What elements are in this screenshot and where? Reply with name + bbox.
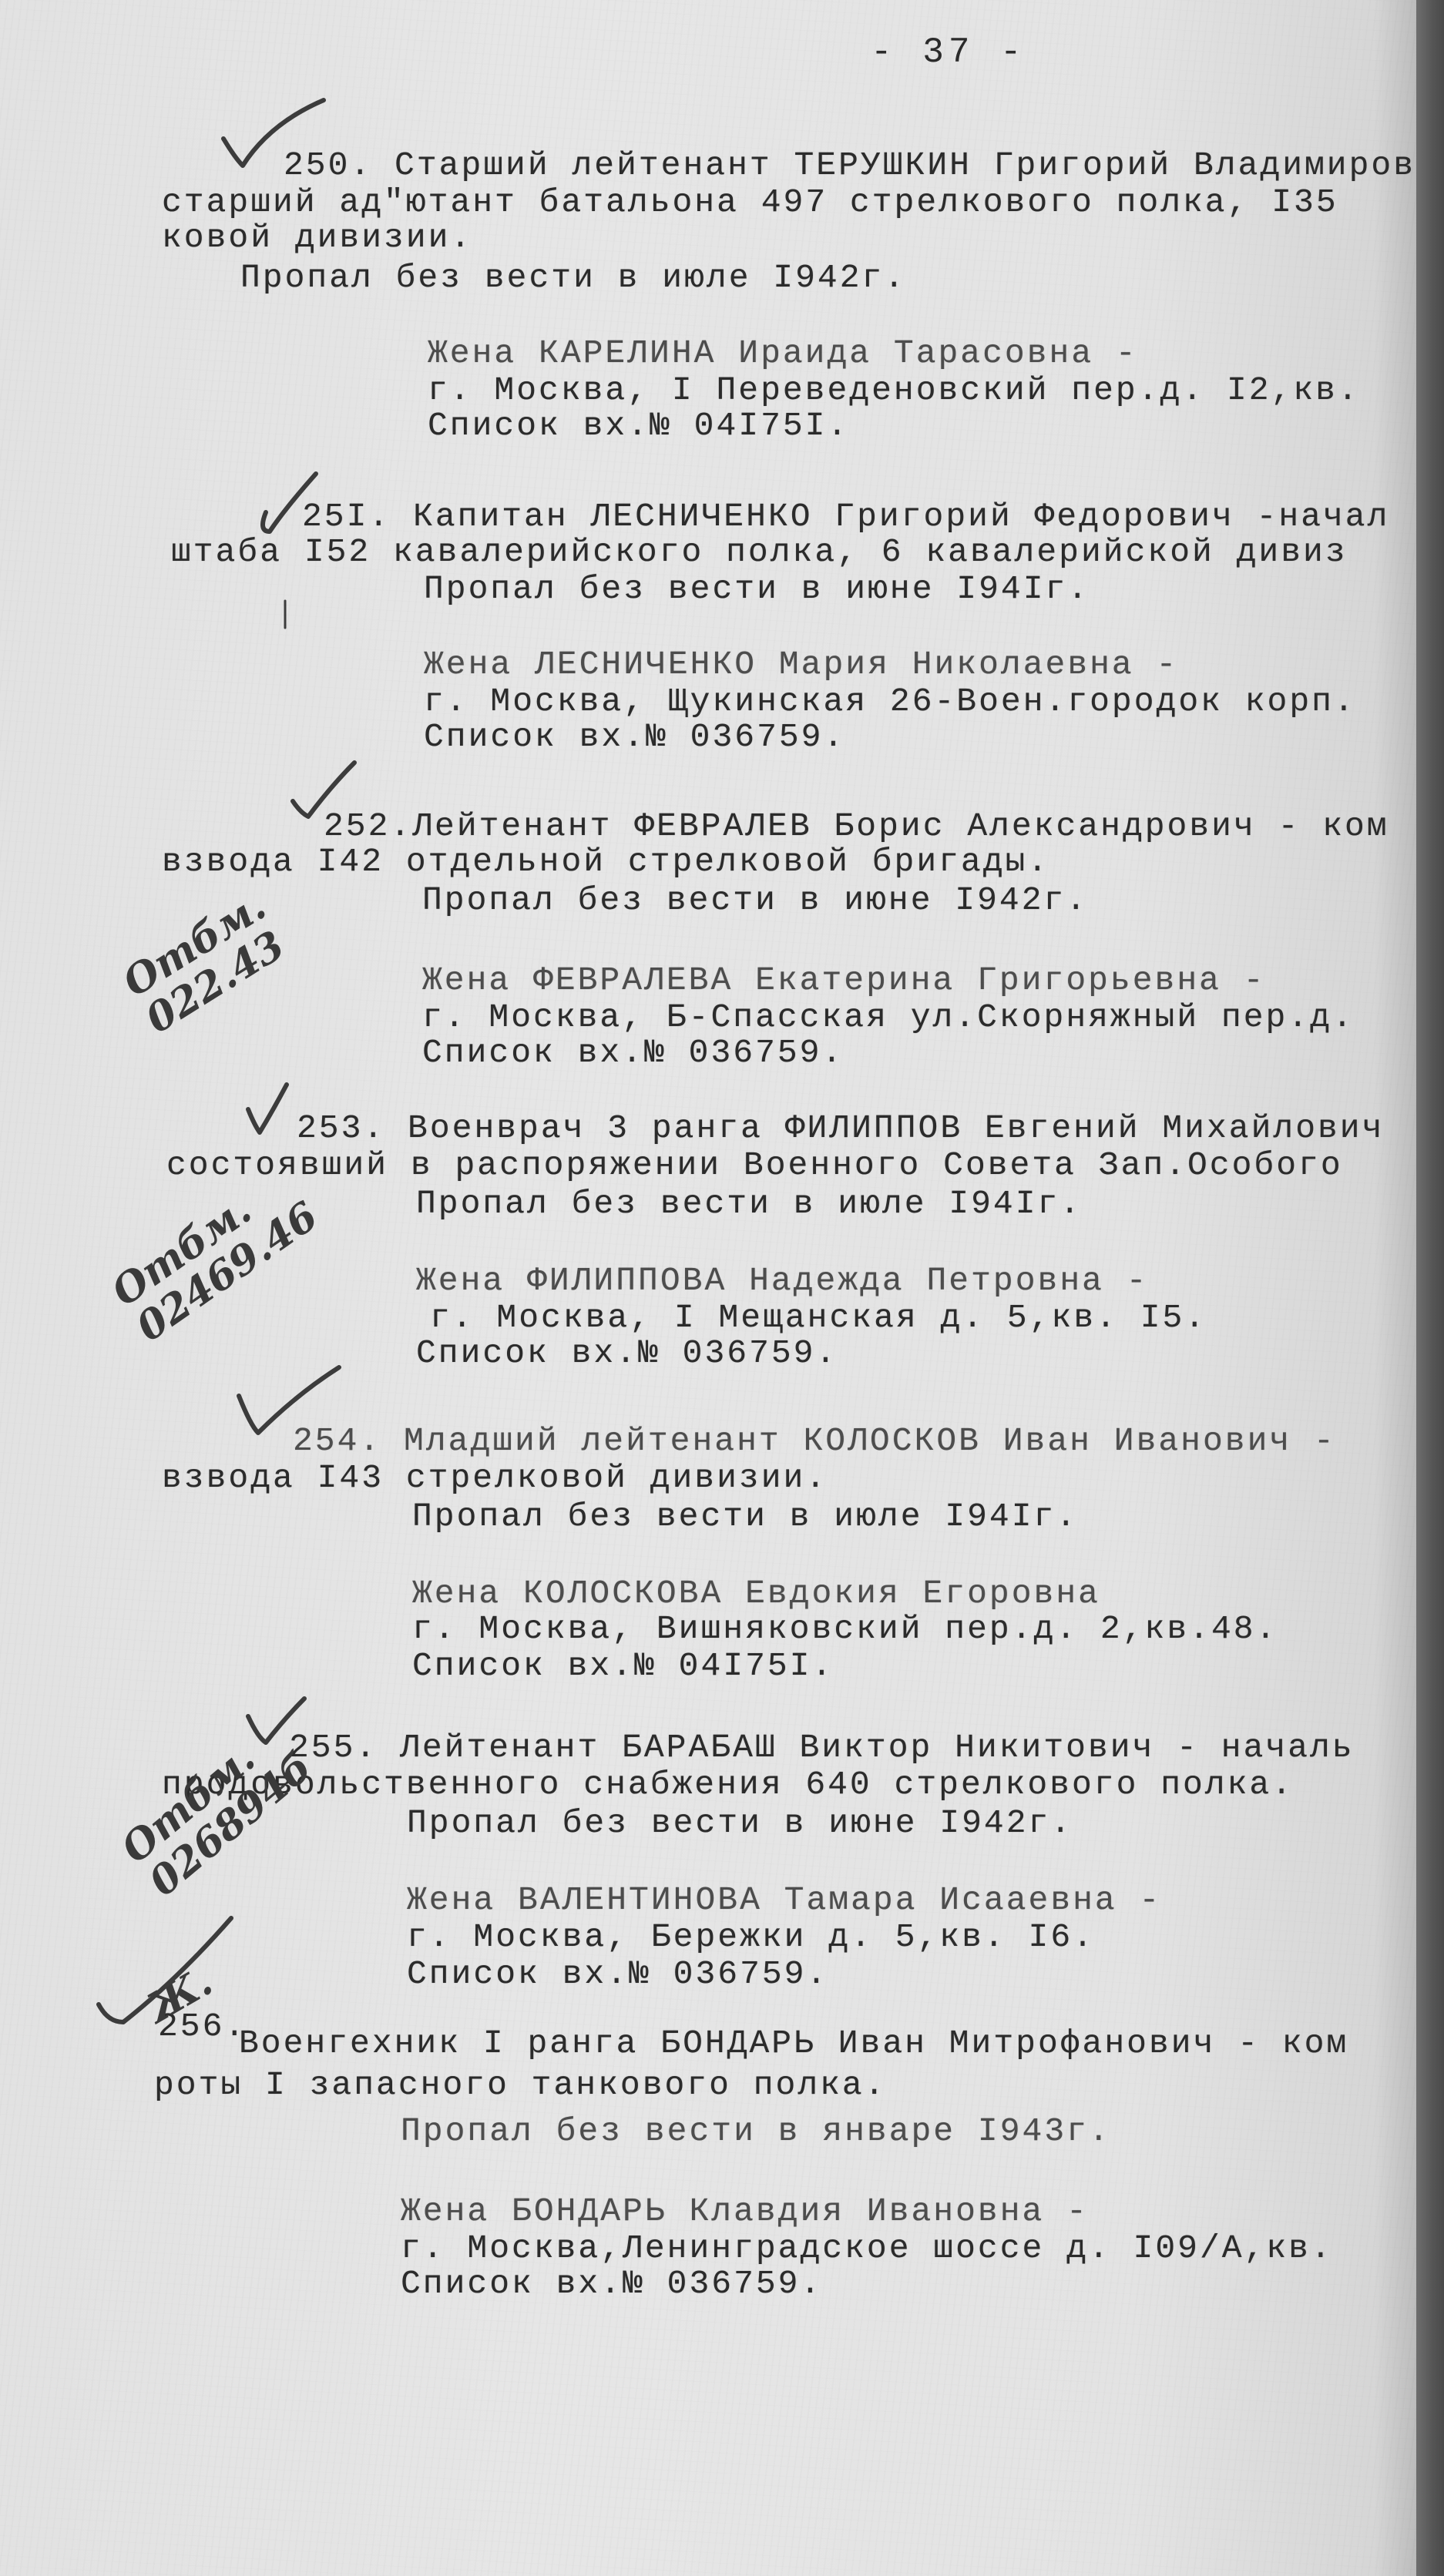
entry-252-wife: Жена ФЕВРАЛЕВА Екатерина Григорьевна - [422, 963, 1266, 998]
entry-256-wife: Жена БОНДАРЬ Клавдия Ивановна - [401, 2194, 1089, 2229]
entry-255-line1: 255. Лейтенант БАРАБАШ Виктор Никитович … [289, 1730, 1355, 1766]
entry-256-list: Список вх.№ 036759. [401, 2266, 822, 2302]
entry-256-address: г. Москва,Ленинградское шоссе д. I09/А,к… [401, 2231, 1333, 2266]
entry-256-line1: Военгехник I ранга БОНДАРЬ Иван Митрофан… [239, 2026, 1348, 2061]
entry-255-missing: Пропал без вести в июне I942г. [407, 1806, 1073, 1841]
entry-253-wife: Жена ФИЛИППОВА Надежда Петровна - [416, 1263, 1149, 1299]
entry-256-missing: Пропал без вести в январе I943г. [401, 2114, 1111, 2149]
entry-251-line2: штаба I52 кавалерийского полка, 6 кавале… [171, 535, 1348, 570]
entry-255-line2: продовольственного снабжения 640 стрелко… [162, 1767, 1294, 1803]
entry-254-list: Список вх.№ 04I75I. [412, 1649, 834, 1684]
entry-254-missing: Пропал без вести в июле I94Iг. [412, 1499, 1078, 1535]
entry-255-list: Список вх.№ 036759. [407, 1957, 828, 1992]
entry-250-line3: ковой дивизии. [162, 220, 472, 256]
entry-256-line2: роты I запасного танкового полка. [154, 2068, 887, 2103]
entry-253-line1: 253. Военврач 3 ранга ФИЛИППОВ Евгений М… [297, 1111, 1384, 1146]
entry-251-wife: Жена ЛЕСНИЧЕНКО Мария Николаевна - [424, 647, 1178, 683]
entry-255-address: г. Москва, Бережки д. 5,кв. I6. [407, 1920, 1095, 1955]
entry-250-missing: Пропал без вести в июле I942г. [240, 260, 906, 296]
entry-254-address: г. Москва, Вишняковский пер.д. 2,кв.48. [412, 1612, 1278, 1647]
entry-251-missing: Пропал без вести в июне I94Iг. [424, 572, 1090, 607]
entry-252-line2: взвода I42 отдельной стрелковой бригады. [162, 844, 1049, 880]
entry-253-address: г. Москва, I Мещанская д. 5,кв. I5. [430, 1300, 1207, 1336]
entry-250-list: Список вх.№ 04I75I. [428, 408, 849, 444]
entry-253-list: Список вх.№ 036759. [416, 1336, 838, 1371]
entry-252-list: Список вх.№ 036759. [422, 1035, 844, 1071]
entry-253-missing: Пропал без вести в июле I94Iг. [416, 1186, 1082, 1222]
entry-251-line1: 25I. Капитан ЛЕСНИЧЕНКО Григорий Федоров… [302, 499, 1389, 535]
entry-254-wife: Жена КОЛОСКОВА Евдокия Егоровна [412, 1576, 1100, 1612]
entry-251-address: г. Москва, Щукинская 26-Воен.городок кор… [424, 684, 1356, 719]
page-binding-edge [1416, 0, 1444, 2576]
entry-251-list: Список вх.№ 036759. [424, 719, 845, 755]
entry-253-line2: состоявший в распоряжении Военного Совет… [166, 1148, 1343, 1183]
entry-252-address: г. Москва, Б-Спасская ул.Скорняжный пер.… [422, 1000, 1355, 1035]
document-page: - 37 - 250. Старший лейтенант ТЕРУШКИН Г… [0, 0, 1416, 2576]
entry-254-line2: взвода I43 стрелковой дивизии. [162, 1461, 828, 1496]
entry-250-line2: старший ад"ютант батальона 497 стрелково… [162, 185, 1338, 220]
entry-252-line1: 252.Лейтенант ФЕВРАЛЕВ Борис Александров… [324, 809, 1389, 844]
margin-note-252: Отбм. 022.43 [116, 884, 297, 1041]
entry-252-missing: Пропал без вести в июне I942г. [422, 883, 1088, 918]
margin-note-255: Отбм. 026894б [114, 1712, 320, 1904]
entry-250-wife: Жена КАРЕЛИНА Ираида Тарасовна - [428, 336, 1138, 371]
entry-250-line1: 250. Старший лейтенант ТЕРУШКИН Григорий… [284, 148, 1415, 183]
margin-note-253: Отбм. 02469.46 [105, 1159, 326, 1350]
check-mark-icon [248, 1085, 287, 1132]
entry-255-wife: Жена ВАЛЕНТИНОВА Тамара Исааевна - [407, 1883, 1161, 1918]
entry-250-address: г. Москва, I Переведеновский пер.д. I2,к… [428, 373, 1360, 408]
entry-254-line1: 254. Младший лейтенант КОЛОСКОВ Иван Ива… [293, 1424, 1336, 1459]
page-number: - 37 - [871, 32, 1026, 72]
